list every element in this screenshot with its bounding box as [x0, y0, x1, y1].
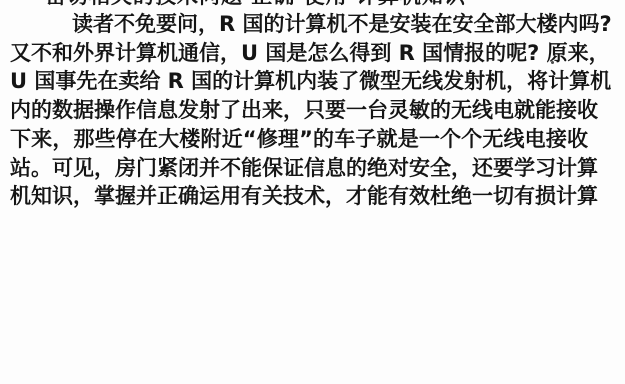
paragraph-line-4: 内的数据操作信息发射了出来，只要一台灵敏的无线电就能接收	[10, 98, 588, 124]
scan-speck-artifact	[551, 61, 554, 64]
paragraph-line-5: 下来，那些停在大楼附近“修理”的车子就是一个个无线电接收	[10, 127, 588, 153]
scanned-document-page: 密切相关的技术问题 正确 使用 计算机知识 读者不免要问，R 国的计算机不是安装…	[0, 0, 625, 384]
clipped-text-fragment: 密切相关的技术问题 正确 使用 计算机知识	[0, 0, 625, 7]
paragraph-line-6: 站。可见，房门紧闭并不能保证信息的绝对安全，还要学习计算	[10, 156, 588, 182]
paragraph-line-3: U 国事先在卖给 R 国的计算机内装了微型无线发射机，将计算机	[10, 69, 588, 95]
clipped-previous-line: 密切相关的技术问题 正确 使用 计算机知识	[0, 0, 625, 9]
paragraph-line-2: 又不和外界计算机通信，U 国是怎么得到 R 国情报的呢? 原来，	[10, 41, 588, 67]
paragraph-line-7: 机知识，掌握并正确运用有关技术，才能有效杜绝一切有损计算	[10, 184, 588, 210]
paragraph-line-1: 读者不免要问，R 国的计算机不是安装在安全部大楼内吗?	[10, 12, 588, 38]
